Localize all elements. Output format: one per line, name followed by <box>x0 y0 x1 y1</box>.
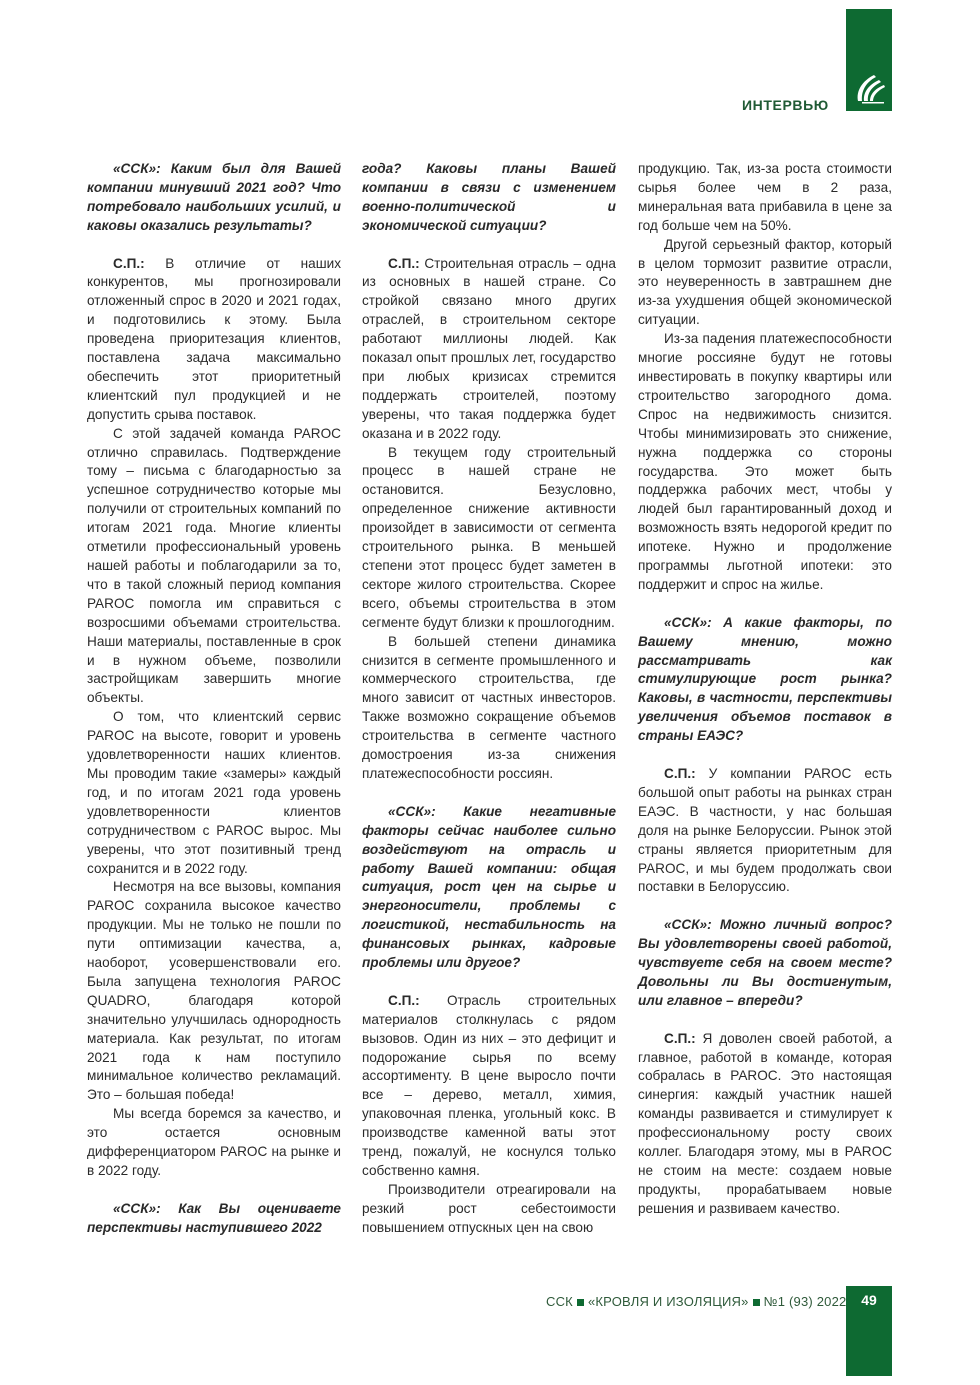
paragraph: В текущем году строительный процесс в на… <box>362 444 616 633</box>
header-green-bar <box>846 9 892 111</box>
leaf-logo-icon <box>850 69 888 107</box>
answer: С.П.: В отличие от наших конкурентов, мы… <box>87 255 341 425</box>
footer-publication: ССК«КРОВЛЯ И ИЗОЛЯЦИЯ»№1 (93) 2022 <box>546 1294 846 1309</box>
article-column-1: «ССК»: Каким был для Вашей компании мину… <box>87 160 341 1238</box>
question: «ССК»: А какие факторы, по Вашему мнению… <box>638 614 892 746</box>
paragraph: В большей степени динамика снизится в се… <box>362 633 616 784</box>
paragraph-continued: продукцию. Так, из-за роста стоимости сы… <box>638 160 892 236</box>
speaker-label: С.П.: <box>388 256 420 271</box>
footer-part-2: «КРОВЛЯ И ИЗОЛЯЦИЯ» <box>588 1294 749 1309</box>
page-number: 49 <box>846 1292 892 1308</box>
footer-part-3: №1 (93) 2022 <box>764 1294 847 1309</box>
paragraph: Производители отреагировали на резкий ро… <box>362 1181 616 1238</box>
question: «ССК»: Как Вы оцениваете перспективы нас… <box>87 1200 341 1238</box>
paragraph: С этой задачей команда PAROC отлично спр… <box>87 425 341 709</box>
page-number-box: 49 <box>846 1286 892 1376</box>
paragraph: Другой серьезный фактор, который в целом… <box>638 236 892 331</box>
question: «ССК»: Каким был для Вашей компании мину… <box>87 160 341 236</box>
question: «ССК»: Какие негативные факторы сейчас н… <box>362 803 616 973</box>
speaker-label: С.П.: <box>664 1031 696 1046</box>
square-bullet-icon <box>753 1299 760 1306</box>
answer: С.П.: Строительная отрасль – одна из осн… <box>362 255 616 444</box>
paragraph: Мы всегда боремся за качество, и это ост… <box>87 1105 341 1181</box>
article-column-3: продукцию. Так, из-за роста стоимости сы… <box>638 160 892 1219</box>
paragraph: Из-за падения платежеспособности многие … <box>638 330 892 595</box>
square-bullet-icon <box>577 1299 584 1306</box>
speaker-label: С.П.: <box>113 256 145 271</box>
question: «ССК»: Можно личный вопрос? Вы удовлетво… <box>638 916 892 1011</box>
answer: С.П.: У компании PAROC есть большой опыт… <box>638 765 892 897</box>
answer: С.П.: Отрасль строительных материалов ст… <box>362 992 616 1181</box>
footer-part-1: ССК <box>546 1294 573 1309</box>
section-label: ИНТЕРВЬЮ <box>742 97 829 113</box>
speaker-label: С.П.: <box>664 766 696 781</box>
answer: С.П.: Я доволен своей работой, а главное… <box>638 1030 892 1219</box>
paragraph: О том, что клиентский сервис PAROC на вы… <box>87 708 341 878</box>
speaker-label: С.П.: <box>388 993 420 1008</box>
question-continued: года? Каковы планы Вашей компании в связ… <box>362 160 616 236</box>
paragraph: Несмотря на все вызовы, компания PAROC с… <box>87 878 341 1105</box>
article-column-2: года? Каковы планы Вашей компании в связ… <box>362 160 616 1238</box>
